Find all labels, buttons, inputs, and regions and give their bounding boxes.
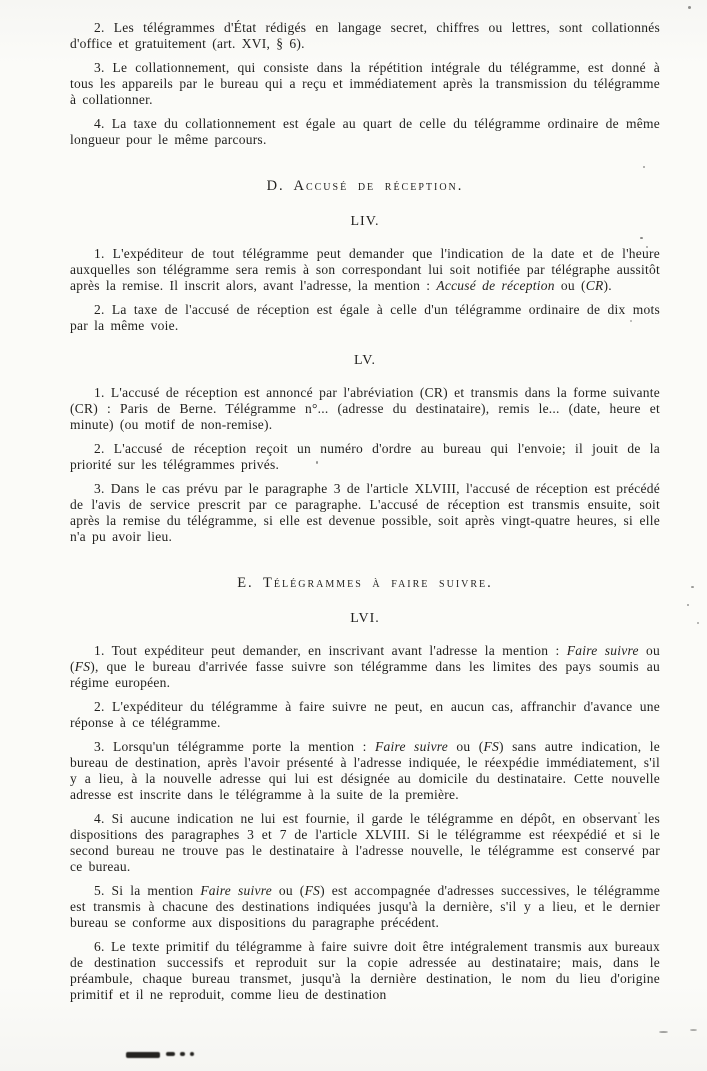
text-run: 3. Lorsqu'un télégramme porte la mention… — [94, 739, 375, 754]
italic-text-run: Faire suivre — [375, 739, 448, 754]
para-lvi-1: 1. Tout expéditeur peut demander, en ins… — [70, 643, 660, 691]
page-edge-smudge — [166, 1052, 175, 1056]
scan-speck — [316, 461, 318, 464]
scan-speck — [630, 320, 632, 322]
section-heading-e: E. Télégrammes à faire suivre. — [70, 575, 660, 592]
text-run: LV. — [354, 353, 376, 368]
scan-speck — [643, 166, 645, 168]
text-column: 2. Les télégrammes d'État rédigés en lan… — [70, 20, 660, 1011]
scan-speck — [691, 586, 694, 588]
text-run: 5. Si la mention — [94, 883, 200, 898]
text-run: 3. Le collationnement, qui consiste dans… — [70, 60, 660, 107]
scan-speck — [638, 812, 640, 814]
text-run: 1. L'accusé de réception est annoncé par… — [70, 385, 660, 432]
para-collation-3: 3. Le collationnement, qui consiste dans… — [70, 60, 660, 108]
italic-text-run: FS — [75, 659, 91, 674]
text-run: 2. L'accusé de réception reçoit un numér… — [70, 441, 660, 472]
text-run: 2. La taxe de l'accusé de réception est … — [70, 302, 660, 333]
text-run: 2. L'expéditeur du télégramme à faire su… — [70, 699, 660, 730]
para-liv-2: 2. La taxe de l'accusé de réception est … — [70, 302, 660, 334]
text-run: ). — [604, 278, 612, 293]
para-lv-3: 3. Dans le cas prévu par le paragraphe 3… — [70, 481, 660, 545]
text-run: ou ( — [272, 883, 305, 898]
page-edge-smudge — [190, 1052, 194, 1056]
scan-speck — [697, 622, 699, 624]
text-run: ou ( — [555, 278, 586, 293]
para-collation-4: 4. La taxe du collationnement est égale … — [70, 116, 660, 148]
text-run: D. Accusé de réception. — [267, 178, 464, 194]
italic-text-run: Faire suivre — [567, 643, 639, 658]
italic-text-run: FS — [484, 739, 500, 754]
scan-speck — [659, 1031, 668, 1033]
article-heading-lv: LV. — [70, 352, 660, 369]
text-run: LVI. — [350, 611, 380, 626]
text-run: 3. Dans le cas prévu par le paragraphe 3… — [70, 481, 660, 544]
para-lvi-3: 3. Lorsqu'un télégramme porte la mention… — [70, 739, 660, 803]
text-run: LIV. — [350, 214, 379, 229]
scan-speck — [687, 604, 689, 606]
para-lvi-4: 4. Si aucune indication ne lui est fourn… — [70, 811, 660, 875]
text-run: ou ( — [448, 739, 483, 754]
page-edge-smudge — [126, 1052, 160, 1058]
para-lvi-2: 2. L'expéditeur du télégramme à faire su… — [70, 699, 660, 731]
scanned-document-page: 2. Les télégrammes d'État rédigés en lan… — [0, 0, 707, 1071]
scan-speck — [690, 1029, 697, 1031]
para-liv-1: 1. L'expéditeur de tout télégramme peut … — [70, 246, 660, 294]
text-run: ), que le bureau d'arrivée fasse suivre … — [70, 659, 660, 690]
scan-speck — [640, 237, 643, 239]
text-run: 6. Le texte primitif du télégramme à fai… — [70, 939, 660, 1002]
text-run: 4. Si aucune indication ne lui est fourn… — [70, 811, 660, 874]
text-run: 1. Tout expéditeur peut demander, en ins… — [94, 643, 567, 658]
text-run: 4. La taxe du collationnement est égale … — [70, 116, 660, 147]
scan-speck — [688, 6, 691, 9]
para-lv-1: 1. L'accusé de réception est annoncé par… — [70, 385, 660, 433]
section-heading-d: D. Accusé de réception. — [70, 178, 660, 195]
article-heading-liv: LIV. — [70, 213, 660, 230]
italic-text-run: CR — [586, 278, 604, 293]
italic-text-run: FS — [305, 883, 321, 898]
para-lvi-6: 6. Le texte primitif du télégramme à fai… — [70, 939, 660, 1003]
text-run: 2. Les télégrammes d'État rédigés en lan… — [70, 20, 660, 51]
page-edge-smudge — [180, 1052, 185, 1056]
para-lvi-5: 5. Si la mention Faire suivre ou (FS) es… — [70, 883, 660, 931]
para-collation-2: 2. Les télégrammes d'État rédigés en lan… — [70, 20, 660, 52]
italic-text-run: Accusé de réception — [436, 278, 554, 293]
text-run: E. Télégrammes à faire suivre. — [237, 575, 493, 591]
para-lv-2: 2. L'accusé de réception reçoit un numér… — [70, 441, 660, 473]
scan-speck — [646, 246, 648, 248]
article-heading-lvi: LVI. — [70, 610, 660, 627]
italic-text-run: Faire suivre — [200, 883, 272, 898]
scan-speck — [313, 523, 315, 525]
